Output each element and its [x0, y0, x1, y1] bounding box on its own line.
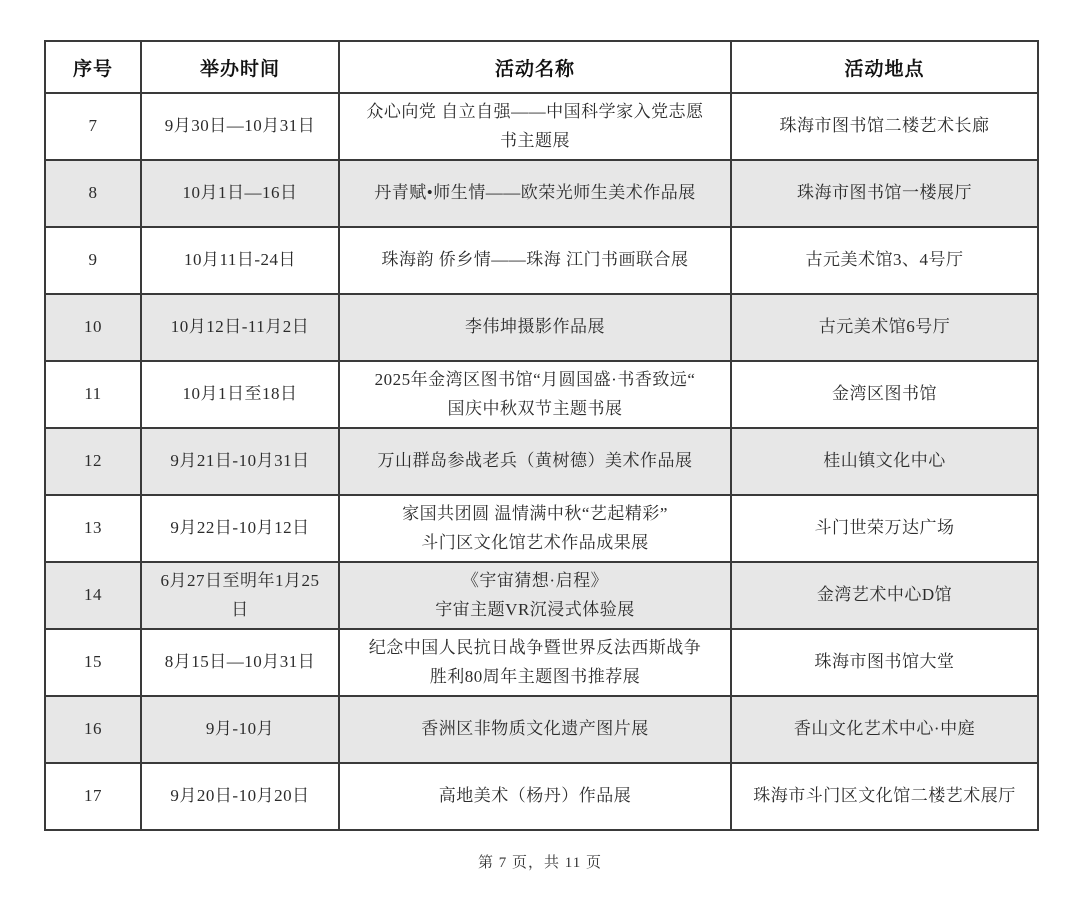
- row-number-cell: 11: [45, 361, 141, 428]
- row-number-cell: 9: [45, 227, 141, 294]
- event-time-cell: 9月22日-10月12日: [141, 495, 339, 562]
- event-name-cell: 香洲区非物质文化遗产图片展: [339, 696, 731, 763]
- table-row: 11 10月1日至18日 2025年金湾区图书馆“月圆国盛·书香致远“ 国庆中秋…: [45, 361, 1038, 428]
- event-place-cell: 珠海市图书馆大堂: [731, 629, 1038, 696]
- event-name-cell: 高地美术（杨丹）作品展: [339, 763, 731, 830]
- row-number-cell: 14: [45, 562, 141, 629]
- document-page: 序号 举办时间 活动名称 活动地点 7 9月30日—10月31日 众心向党 自立…: [44, 40, 1037, 831]
- column-header-place: 活动地点: [731, 41, 1038, 93]
- table-body: 7 9月30日—10月31日 众心向党 自立自强——中国科学家入党志愿 书主题展…: [45, 93, 1038, 830]
- event-time-cell: 8月15日—10月31日: [141, 629, 339, 696]
- event-time-cell: 10月1日—16日: [141, 160, 339, 227]
- event-place-cell: 桂山镇文化中心: [731, 428, 1038, 495]
- table-row: 15 8月15日—10月31日 纪念中国人民抗日战争暨世界反法西斯战争 胜利80…: [45, 629, 1038, 696]
- event-time-cell: 9月21日-10月31日: [141, 428, 339, 495]
- event-time-cell: 10月11日-24日: [141, 227, 339, 294]
- event-time-cell: 9月-10月: [141, 696, 339, 763]
- page-number-footer: 第 7 页，共 11 页: [0, 851, 1080, 872]
- event-place-cell: 金湾艺术中心D馆: [731, 562, 1038, 629]
- table-row: 17 9月20日-10月20日 高地美术（杨丹）作品展 珠海市斗门区文化馆二楼艺…: [45, 763, 1038, 830]
- event-place-cell: 金湾区图书馆: [731, 361, 1038, 428]
- table-row: 7 9月30日—10月31日 众心向党 自立自强——中国科学家入党志愿 书主题展…: [45, 93, 1038, 160]
- event-name-cell: 家国共团圆 温情满中秋“艺起精彩” 斗门区文化馆艺术作品成果展: [339, 495, 731, 562]
- event-name-cell: 纪念中国人民抗日战争暨世界反法西斯战争 胜利80周年主题图书推荐展: [339, 629, 731, 696]
- row-number-cell: 16: [45, 696, 141, 763]
- row-number-cell: 15: [45, 629, 141, 696]
- table-row: 10 10月12日-11月2日 李伟坤摄影作品展 古元美术馆6号厅: [45, 294, 1038, 361]
- event-name-cell: 丹青赋•师生情——欧荣光师生美术作品展: [339, 160, 731, 227]
- event-place-cell: 珠海市斗门区文化馆二楼艺术展厅: [731, 763, 1038, 830]
- row-number-cell: 12: [45, 428, 141, 495]
- row-number-cell: 7: [45, 93, 141, 160]
- event-name-cell: 万山群岛参战老兵（黄树德）美术作品展: [339, 428, 731, 495]
- table-row: 14 6月27日至明年1月25 日 《宇宙猜想·启程》 宇宙主题VR沉浸式体验展…: [45, 562, 1038, 629]
- row-number-cell: 17: [45, 763, 141, 830]
- events-table: 序号 举办时间 活动名称 活动地点 7 9月30日—10月31日 众心向党 自立…: [44, 40, 1039, 831]
- event-place-cell: 珠海市图书馆一楼展厅: [731, 160, 1038, 227]
- table-row: 8 10月1日—16日 丹青赋•师生情——欧荣光师生美术作品展 珠海市图书馆一楼…: [45, 160, 1038, 227]
- event-time-cell: 10月12日-11月2日: [141, 294, 339, 361]
- table-row: 16 9月-10月 香洲区非物质文化遗产图片展 香山文化艺术中心·中庭: [45, 696, 1038, 763]
- column-header-time: 举办时间: [141, 41, 339, 93]
- event-name-cell: 众心向党 自立自强——中国科学家入党志愿 书主题展: [339, 93, 731, 160]
- row-number-cell: 13: [45, 495, 141, 562]
- event-place-cell: 古元美术馆6号厅: [731, 294, 1038, 361]
- table-row: 9 10月11日-24日 珠海韵 侨乡情——珠海 江门书画联合展 古元美术馆3、…: [45, 227, 1038, 294]
- event-time-cell: 6月27日至明年1月25 日: [141, 562, 339, 629]
- event-name-cell: 李伟坤摄影作品展: [339, 294, 731, 361]
- event-time-cell: 9月30日—10月31日: [141, 93, 339, 160]
- event-time-cell: 9月20日-10月20日: [141, 763, 339, 830]
- event-name-cell: 珠海韵 侨乡情——珠海 江门书画联合展: [339, 227, 731, 294]
- event-place-cell: 斗门世荣万达广场: [731, 495, 1038, 562]
- event-name-cell: 《宇宙猜想·启程》 宇宙主题VR沉浸式体验展: [339, 562, 731, 629]
- event-place-cell: 珠海市图书馆二楼艺术长廊: [731, 93, 1038, 160]
- column-header-no: 序号: [45, 41, 141, 93]
- event-name-cell: 2025年金湾区图书馆“月圆国盛·书香致远“ 国庆中秋双节主题书展: [339, 361, 731, 428]
- event-place-cell: 古元美术馆3、4号厅: [731, 227, 1038, 294]
- event-time-cell: 10月1日至18日: [141, 361, 339, 428]
- row-number-cell: 10: [45, 294, 141, 361]
- table-row: 12 9月21日-10月31日 万山群岛参战老兵（黄树德）美术作品展 桂山镇文化…: [45, 428, 1038, 495]
- table-header-row: 序号 举办时间 活动名称 活动地点: [45, 41, 1038, 93]
- event-place-cell: 香山文化艺术中心·中庭: [731, 696, 1038, 763]
- table-row: 13 9月22日-10月12日 家国共团圆 温情满中秋“艺起精彩” 斗门区文化馆…: [45, 495, 1038, 562]
- row-number-cell: 8: [45, 160, 141, 227]
- column-header-name: 活动名称: [339, 41, 731, 93]
